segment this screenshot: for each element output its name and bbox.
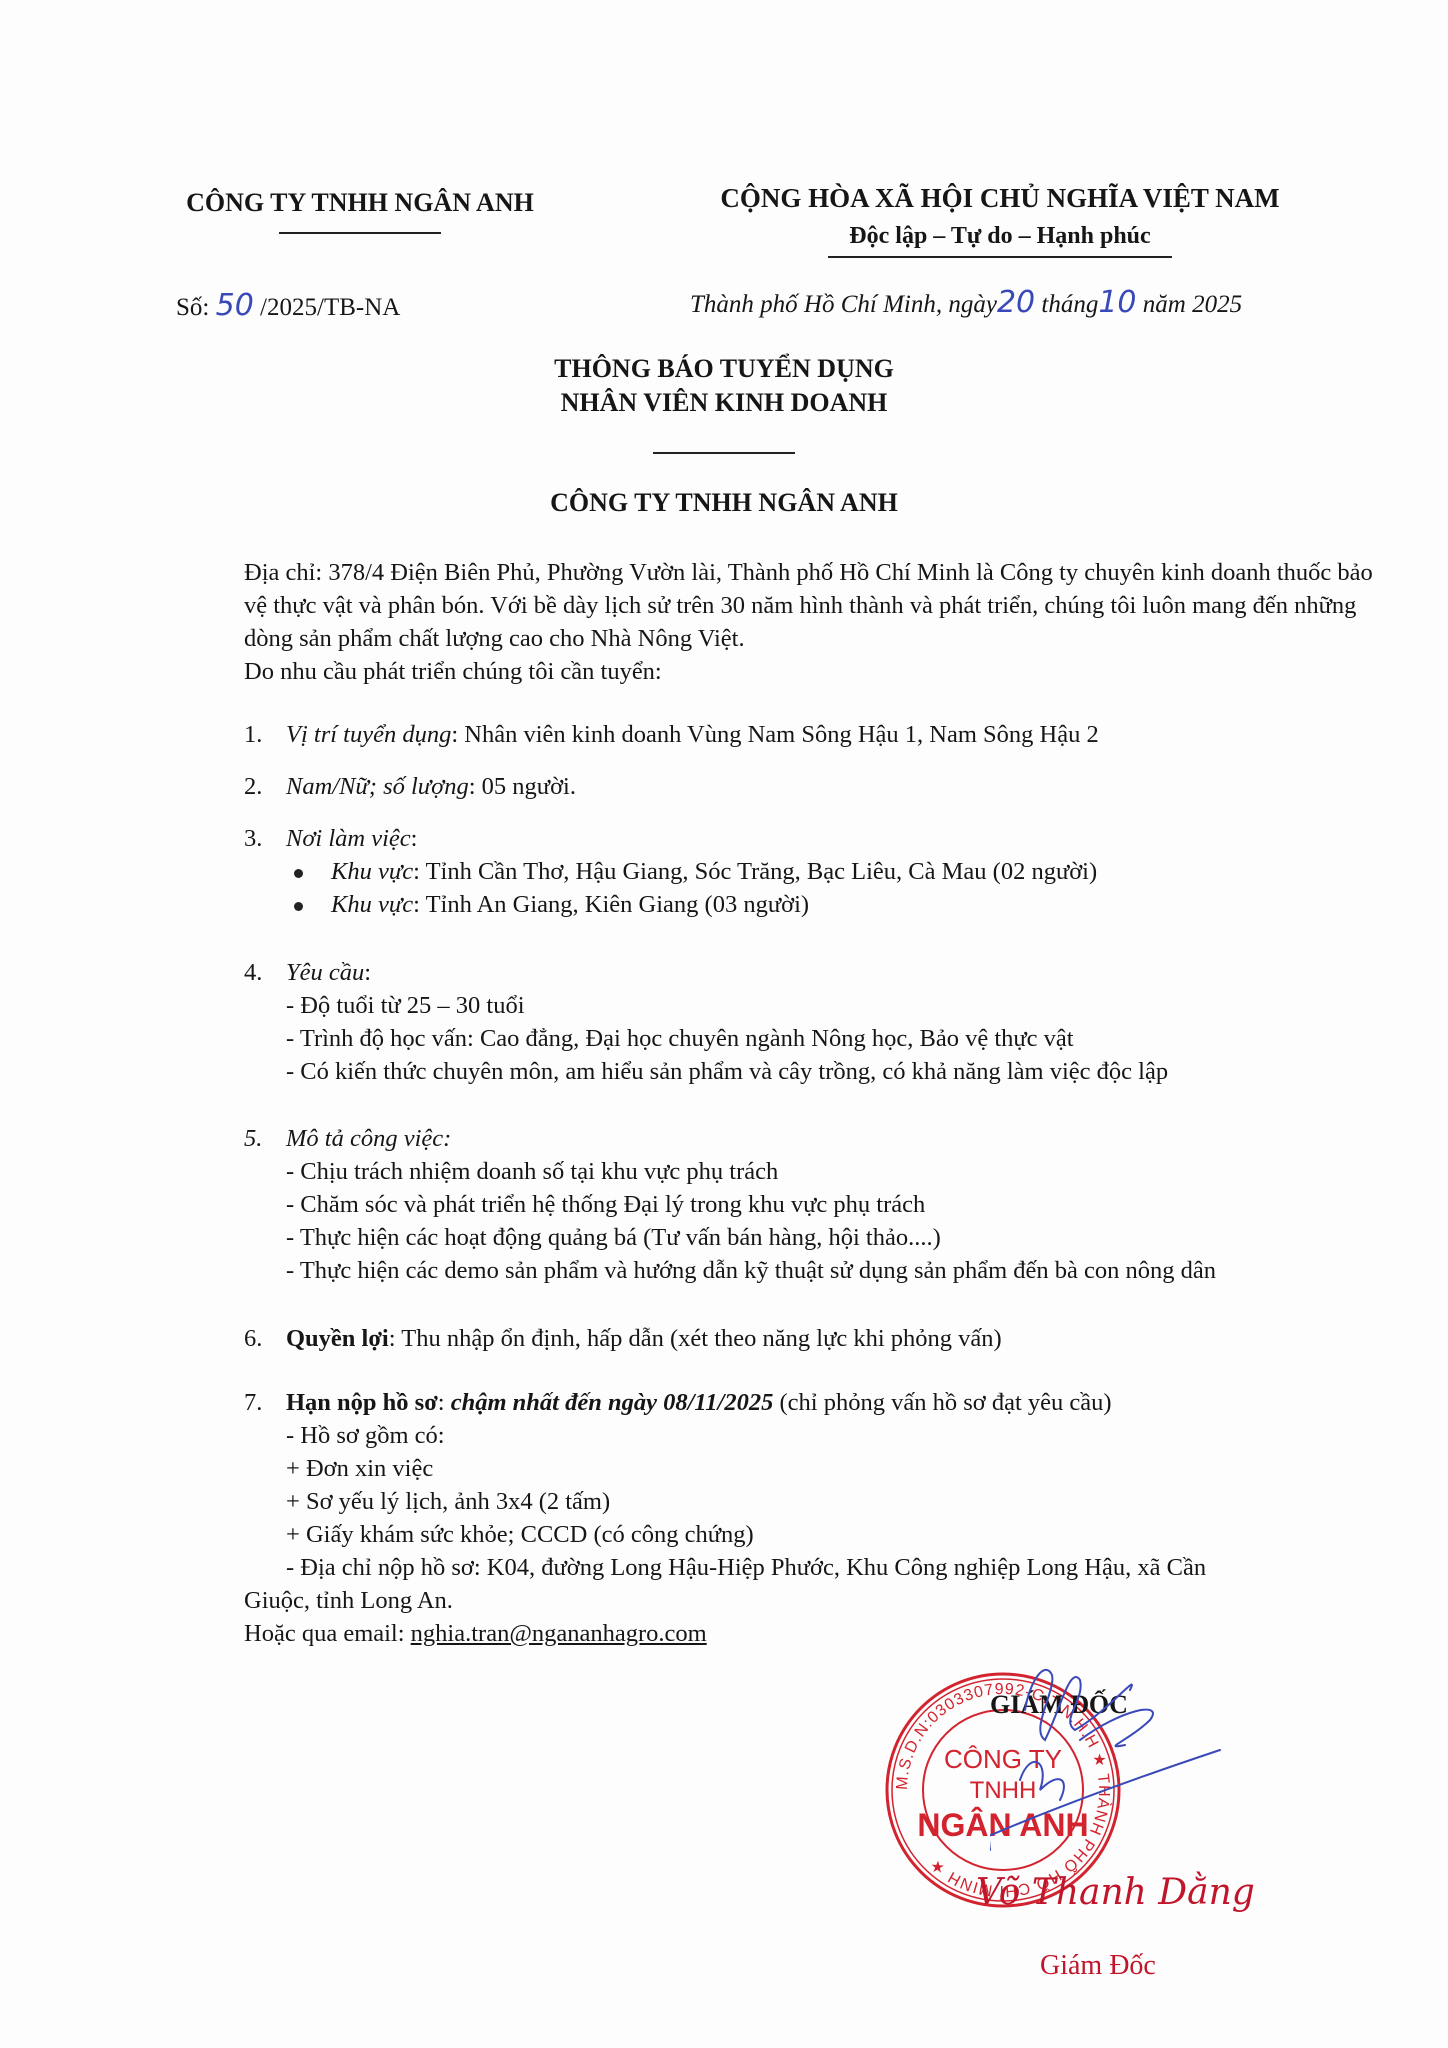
dossier-line: + Sơ yếu lý lịch, ảnh 3x4 (2 tấm) [244, 1485, 1384, 1518]
item-label: Hạn nộp hồ sơ [286, 1389, 438, 1416]
item-label: Vị trí tuyển dụng [286, 721, 451, 748]
email-link[interactable]: nghia.tran@ngananhagro.com [411, 1620, 707, 1647]
date-prefix: Thành phố Hồ Chí Minh, ngày [690, 291, 997, 318]
date-year: năm 2025 [1143, 291, 1242, 318]
item-text: : Nhân viên kinh doanh Vùng Nam Sông Hậu… [451, 721, 1098, 748]
national-motto: Độc lập – Tự do – Hạnh phúc [849, 218, 1150, 254]
intro-need: Do nhu cầu phát triển chúng tôi cần tuyể… [244, 655, 1374, 688]
signature-icon [990, 1650, 1310, 1870]
requirement-line: - Có kiến thức chuyên môn, am hiểu sản p… [244, 1055, 1384, 1088]
item-label: Yêu cầu [286, 959, 364, 986]
item-label: Nơi làm việc [286, 825, 411, 852]
email-label: Hoặc qua email: [244, 1620, 411, 1647]
item-number: 6. [244, 1322, 286, 1355]
workplace-bullet: Khu vực: Tỉnh Cần Thơ, Hậu Giang, Sóc Tr… [244, 855, 1384, 888]
item-label: Quyền lợi [286, 1325, 389, 1352]
item-number: 5. [244, 1122, 286, 1155]
item-text: : 05 người. [469, 773, 576, 800]
bullet-label: Khu vực [331, 891, 413, 918]
bullet-text: : Tỉnh An Giang, Kiên Giang (03 người) [413, 891, 809, 918]
item-number: 3. [244, 822, 286, 855]
signer-role: Giám Đốc [1040, 1950, 1156, 1982]
date-line: Thành phố Hồ Chí Minh, ngày20 tháng10 nă… [690, 285, 1242, 320]
submission-address-cont: Giuộc, tỉnh Long An. [244, 1584, 1384, 1617]
item-colon: : [438, 1389, 451, 1416]
intro-section: Địa chỉ: 378/4 Điện Biên Phủ, Phường Vườ… [244, 556, 1374, 688]
date-day: 20 [997, 285, 1035, 320]
dossier-line: - Hồ sơ gồm có: [244, 1419, 1384, 1452]
bullet-label: Khu vực [331, 858, 413, 885]
company-heading: CÔNG TY TNHH NGÂN ANH [0, 488, 1448, 518]
bullet-icon [294, 902, 303, 911]
doc-no-label: Số: [176, 294, 209, 321]
document-number: Số: 50 /2025/TB-NA [176, 288, 400, 323]
duty-line: - Chịu trách nhiệm doanh số tại khu vực … [244, 1155, 1384, 1188]
intro-text: Địa chỉ: 378/4 Điện Biên Phủ, Phường Vườ… [164, 556, 1374, 655]
dossier-line: + Giấy khám sức khỏe; CCCD (có công chứn… [244, 1518, 1384, 1551]
bullet-text: : Tỉnh Cần Thơ, Hậu Giang, Sóc Trăng, Bạ… [413, 858, 1097, 885]
doc-no-handwritten: 50 [216, 288, 254, 323]
doc-no-suffix: /2025/TB-NA [260, 294, 400, 321]
duty-line: - Thực hiện các hoạt động quảng bá (Tư v… [244, 1221, 1384, 1254]
item-number: 7. [244, 1386, 286, 1419]
item-workplace: 3.Nơi làm việc: Khu vực: Tỉnh Cần Thơ, H… [244, 822, 1384, 921]
item-label: Mô tả công việc: [286, 1125, 451, 1152]
item-text: : [411, 825, 418, 852]
item-deadline: 7.Hạn nộp hồ sơ: chậm nhất đến ngày 08/1… [244, 1386, 1384, 1650]
issuer-rule [279, 232, 441, 234]
intro-paragraph: Địa chỉ: 378/4 Điện Biên Phủ, Phường Vườ… [244, 556, 1374, 655]
item-benefits: 6.Quyền lợi: Thu nhập ổn định, hấp dẫn (… [244, 1322, 1384, 1355]
document-title: THÔNG BÁO TUYỂN DỤNG NHÂN VIÊN KINH DOAN… [0, 352, 1448, 454]
national-header: CỘNG HÒA XÃ HỘI CHỦ NGHĨA VIỆT NAM Độc l… [680, 180, 1320, 258]
date-month-label: tháng [1041, 291, 1098, 318]
item-job-description: 5.Mô tả công việc: - Chịu trách nhiệm do… [244, 1122, 1384, 1287]
title-line-1: THÔNG BÁO TUYỂN DỤNG [0, 352, 1448, 386]
workplace-bullet: Khu vực: Tỉnh An Giang, Kiên Giang (03 n… [244, 888, 1384, 921]
title-rule [653, 452, 795, 454]
requirement-line: - Độ tuổi từ 25 – 30 tuổi [244, 989, 1384, 1022]
deadline-date: chậm nhất đến ngày 08/11/2025 [451, 1389, 774, 1416]
submission-address: - Địa chỉ nộp hồ sơ: K04, đường Long Hậu… [244, 1551, 1384, 1584]
signer-name: Võ Thanh Dằng [976, 1872, 1255, 1913]
bullet-icon [294, 869, 303, 878]
deadline-note: (chỉ phỏng vấn hồ sơ đạt yêu cầu) [773, 1389, 1111, 1416]
item-number: 1. [244, 718, 286, 751]
item-requirements: 4.Yêu cầu: - Độ tuổi từ 25 – 30 tuổi - T… [244, 956, 1384, 1088]
dossier-line: + Đơn xin việc [244, 1452, 1384, 1485]
nation-name: CỘNG HÒA XÃ HỘI CHỦ NGHĨA VIỆT NAM [680, 180, 1320, 216]
item-text: : Thu nhập ổn định, hấp dẫn (xét theo nă… [389, 1325, 1002, 1352]
item-label: Nam/Nữ; số lượng [286, 773, 469, 800]
duty-line: - Chăm sóc và phát triển hệ thống Đại lý… [244, 1188, 1384, 1221]
motto-rule [828, 256, 1172, 258]
duty-line: - Thực hiện các demo sản phẩm và hướng d… [244, 1254, 1384, 1287]
item-quantity: 2.Nam/Nữ; số lượng: 05 người. [244, 770, 1384, 803]
date-month: 10 [1098, 285, 1136, 320]
requirement-line: - Trình độ học vấn: Cao đẳng, Đại học ch… [244, 1022, 1384, 1055]
issuer-company: CÔNG TY TNHH NGÂN ANH [170, 188, 550, 218]
issuer-block: CÔNG TY TNHH NGÂN ANH [170, 188, 550, 234]
title-line-2: NHÂN VIÊN KINH DOANH [0, 386, 1448, 420]
item-number: 4. [244, 956, 286, 989]
item-text: : [364, 959, 371, 986]
item-position: 1.Vị trí tuyển dụng: Nhân viên kinh doan… [244, 718, 1384, 751]
item-number: 2. [244, 770, 286, 803]
